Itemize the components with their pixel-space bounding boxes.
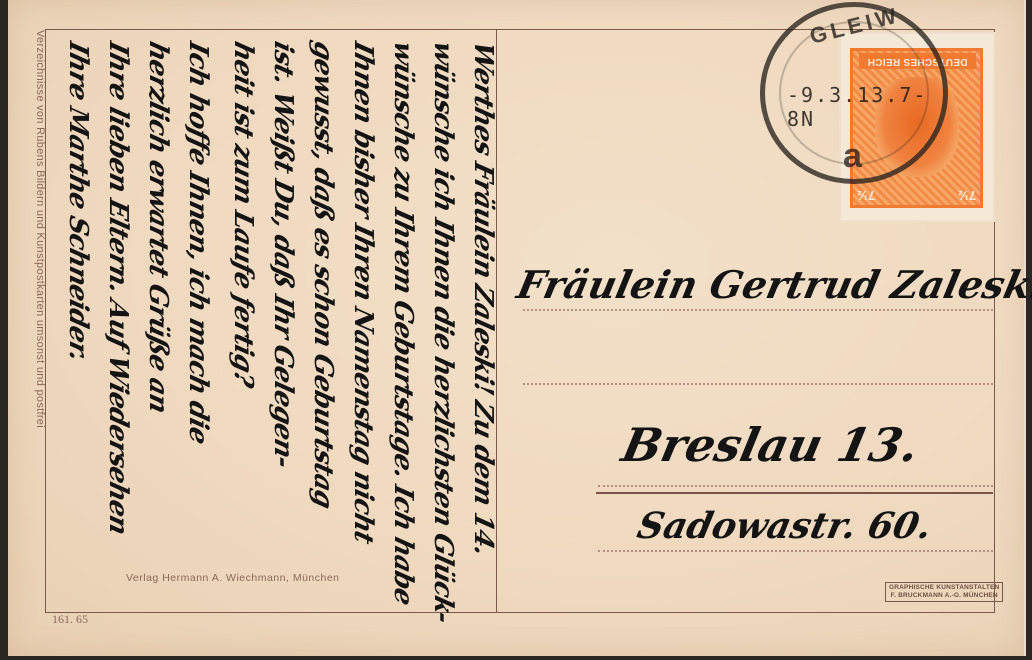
address-dots-2 [523,383,993,385]
address-city: Breslau 13. [617,418,924,472]
address-dots-4 [598,550,993,552]
message-line: gewusst, daß es schon Geburtstag [292,34,338,625]
stamp-value-right: 7½ [958,188,976,203]
address-rule [596,492,993,494]
postmark-date: -9.3.13.7-8N [787,83,943,131]
message-line: Ihre Marthe Schneider. [47,34,93,625]
message-line: herzlich erwartet Grüße an [127,34,173,625]
publisher-imprint: Verlag Hermann A. Wiechmann, München [126,572,340,584]
address-recipient: Fräulein Gertrud Zaleski. [513,262,1032,307]
postcard: Verzeichnisse von Rubens Bildern und Kun… [8,0,1026,656]
printer-mark-line-1: GRAPHISCHE KUNSTANSTALTEN [889,584,999,592]
address-dots-3 [598,485,993,487]
message-line: Ihnen bisher Ihren Namenstag nicht [332,34,378,625]
message-line: wünsche zu Ihrem Geburtstage. Ich habe [372,34,418,625]
message-line: heit ist zum Laufe fertig? [212,34,258,625]
message-line: Werthes Fräulein Zaleski! Zu dem 14. [452,34,498,625]
message-line: Ihre lieben Eltern. Auf Wiedersehen [87,34,133,625]
address-dots-1 [523,309,993,311]
printer-mark: GRAPHISCHE KUNSTANSTALTEN F. BRUCKMANN A… [885,582,1003,602]
message-line: ist. Weißt Du, daß Ihr Gelegen- [252,34,298,625]
card-number: 161. 65 [52,612,88,627]
address-street: Sadowastr. 60. [634,505,936,547]
postmark: GLEIW -9.3.13.7-8N a [760,2,948,184]
message-line: Ich hoffe Ihnen, ich mach die [167,34,213,625]
printer-mark-line-2: F. BRUCKMANN A.-G. MÜNCHEN [889,592,999,600]
stamp-value-left: 7½ [857,188,875,203]
postmark-code: a [843,137,862,176]
handwritten-message: Werthes Fräulein Zaleski! Zu dem 14. wün… [38,32,498,612]
message-line: wünsche ich Ihnen die herzlichsten Glück… [412,34,458,625]
